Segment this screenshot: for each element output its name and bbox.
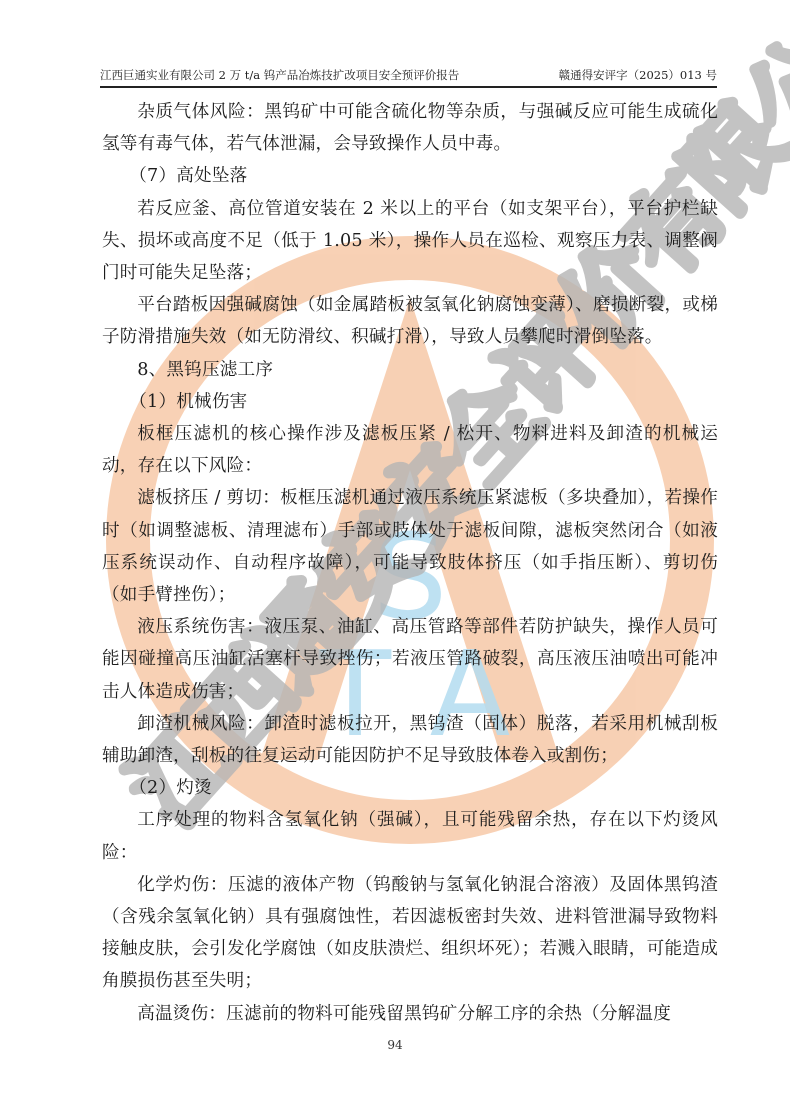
paragraph: 工序处理的物料含氢氧化钠（强碱），且可能残留余热，存在以下灼烫风险：: [102, 804, 718, 868]
paragraph: 板框压滤机的核心操作涉及滤板压紧 / 松开、物料进料及卸渣的机械运动，存在以下风…: [102, 418, 718, 482]
running-header: 江西巨通实业有限公司 2 万 t/a 钨产品冶炼技扩改项目安全预评价报告 赣通得…: [100, 64, 717, 86]
document-page: S T A 江西通安安全评价有限公司 江西巨通实业有限公司 2 万 t/a 钨产…: [0, 0, 790, 1117]
section-heading: 8、黑钨压滤工序: [102, 354, 718, 386]
document-number: 赣通得安评字（2025）013 号: [559, 67, 717, 83]
paragraph: 若反应釜、高位管道安装在 2 米以上的平台（如支架平台），平台护栏缺失、损坏或高…: [102, 193, 718, 290]
header-divider: [100, 86, 717, 88]
subsection-heading: （1）机械伤害: [102, 386, 718, 418]
subsection-heading: （2）灼烫: [102, 772, 718, 804]
page-number: 94: [0, 1038, 790, 1052]
paragraph: 高温烫伤：压滤前的物料可能残留黑钨矿分解工序的余热（分解温度: [102, 998, 718, 1030]
report-title: 江西巨通实业有限公司 2 万 t/a 钨产品冶炼技扩改项目安全预评价报告: [100, 67, 459, 83]
paragraph: 卸渣机械风险：卸渣时滤板拉开，黑钨渣（固体）脱落，若采用机械刮板辅助卸渣，刮板的…: [102, 708, 718, 772]
paragraph: 液压系统伤害：液压泵、油缸、高压管路等部件若防护缺失，操作人员可能因碰撞高压油缸…: [102, 611, 718, 708]
paragraph: 滤板挤压 / 剪切：板框压滤机通过液压系统压紧滤板（多块叠加），若操作时（如调整…: [102, 482, 718, 611]
subsection-heading: （7）高处坠落: [102, 160, 718, 192]
paragraph: 化学灼伤：压滤的液体产物（钨酸钠与氢氧化钠混合溶液）及固体黑钨渣（含残余氢氧化钠…: [102, 869, 718, 998]
body-text: 杂质气体风险：黑钨矿中可能含硫化物等杂质，与强碱反应可能生成硫化氢等有毒气体，若…: [102, 96, 718, 1030]
paragraph: 平台踏板因强碱腐蚀（如金属踏板被氢氧化钠腐蚀变薄）、磨损断裂，或梯子防滑措施失效…: [102, 289, 718, 353]
paragraph: 杂质气体风险：黑钨矿中可能含硫化物等杂质，与强碱反应可能生成硫化氢等有毒气体，若…: [102, 96, 718, 160]
